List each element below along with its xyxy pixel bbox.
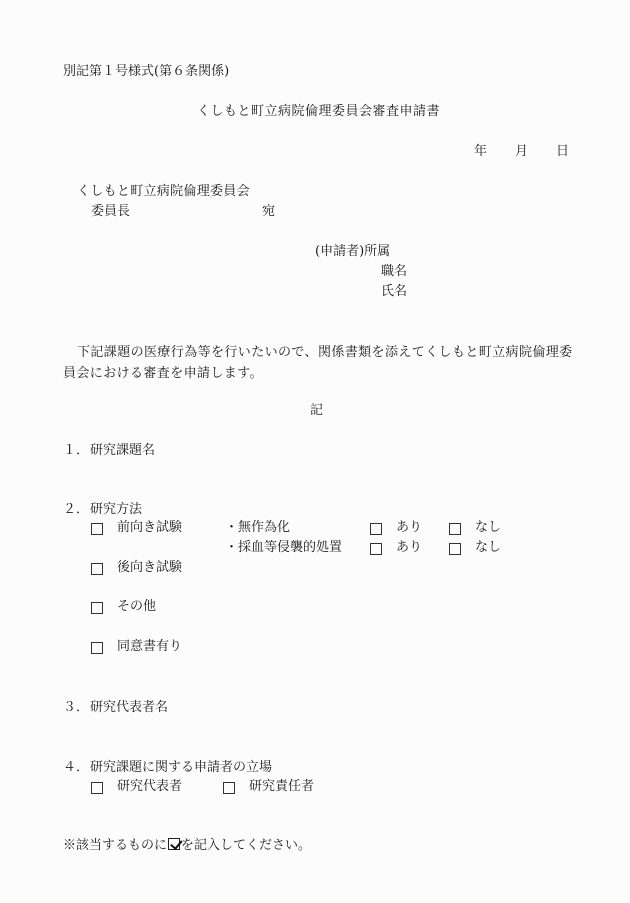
ki-heading: 記 bbox=[310, 403, 323, 419]
instruction-note: ※該当するものにを記入してください。 bbox=[63, 838, 311, 854]
form-label: 別記第１号様式(第６条関係) bbox=[63, 64, 229, 80]
addressee-honorific: 宛 bbox=[262, 204, 275, 220]
date-year-label: 年 bbox=[474, 144, 487, 160]
applicant-position-label: 職名 bbox=[381, 264, 407, 280]
addressee-chair: 委員長 bbox=[91, 204, 130, 220]
section-2-label: 研究方法 bbox=[90, 502, 142, 518]
document-title: くしもと町立病院倫理委員会審査申請書 bbox=[197, 104, 440, 120]
option-prospective-label: 前向き試験 bbox=[117, 520, 182, 536]
randomization-yes-label: あり bbox=[396, 520, 422, 536]
checkbox-retrospective[interactable] bbox=[91, 563, 103, 575]
checkbox-consent-form[interactable] bbox=[91, 642, 103, 654]
randomization-no-label: なし bbox=[475, 520, 501, 536]
addressee-committee: くしもと町立病院倫理委員会 bbox=[77, 184, 250, 200]
applicant-affiliation-label: (申請者)所属 bbox=[315, 244, 390, 260]
option-retrospective-label: 後向き試験 bbox=[117, 560, 182, 576]
invasive-yes-label: あり bbox=[396, 540, 422, 556]
option-other-label: その他 bbox=[117, 599, 156, 615]
section-4-label: 研究課題に関する申請者の立場 bbox=[90, 760, 272, 776]
option-consent-form-label: 同意書有り bbox=[117, 639, 182, 655]
checkbox-randomization-yes[interactable] bbox=[370, 523, 382, 535]
invasive-no-label: なし bbox=[475, 540, 501, 556]
instruction-note-suffix: を記入してください。 bbox=[181, 838, 311, 853]
checkbox-prospective[interactable] bbox=[91, 523, 103, 535]
section-1-label: 研究課題名 bbox=[90, 443, 155, 459]
section-3-number: ３． bbox=[63, 700, 89, 716]
checkbox-other[interactable] bbox=[91, 602, 103, 614]
checkbox-representative[interactable] bbox=[91, 782, 103, 794]
instruction-note-prefix: ※該当するものに bbox=[63, 838, 167, 853]
option-responsible-label: 研究責任者 bbox=[249, 779, 314, 795]
sub-item-randomization-label: ・無作為化 bbox=[225, 520, 290, 536]
section-3-label: 研究代表者名 bbox=[90, 700, 168, 716]
date-month-label: 月 bbox=[515, 144, 528, 160]
section-2-number: ２． bbox=[63, 502, 89, 518]
date-day-label: 日 bbox=[556, 144, 569, 160]
section-1-number: １． bbox=[63, 443, 89, 459]
checkbox-randomization-no[interactable] bbox=[449, 523, 461, 535]
checkbox-invasive-yes[interactable] bbox=[370, 543, 382, 555]
checked-box-icon bbox=[168, 838, 180, 850]
checkbox-invasive-no[interactable] bbox=[449, 543, 461, 555]
request-statement: 下記課題の医療行為等を行いたいので、関係書類を添えてくしもと町立病院倫理委員会に… bbox=[63, 342, 583, 384]
checkbox-responsible[interactable] bbox=[223, 782, 235, 794]
applicant-name-label: 氏名 bbox=[381, 284, 407, 300]
option-representative-label: 研究代表者 bbox=[117, 779, 182, 795]
sub-item-invasive-label: ・採血等侵襲的処置 bbox=[225, 540, 342, 556]
section-4-number: ４． bbox=[63, 760, 89, 776]
